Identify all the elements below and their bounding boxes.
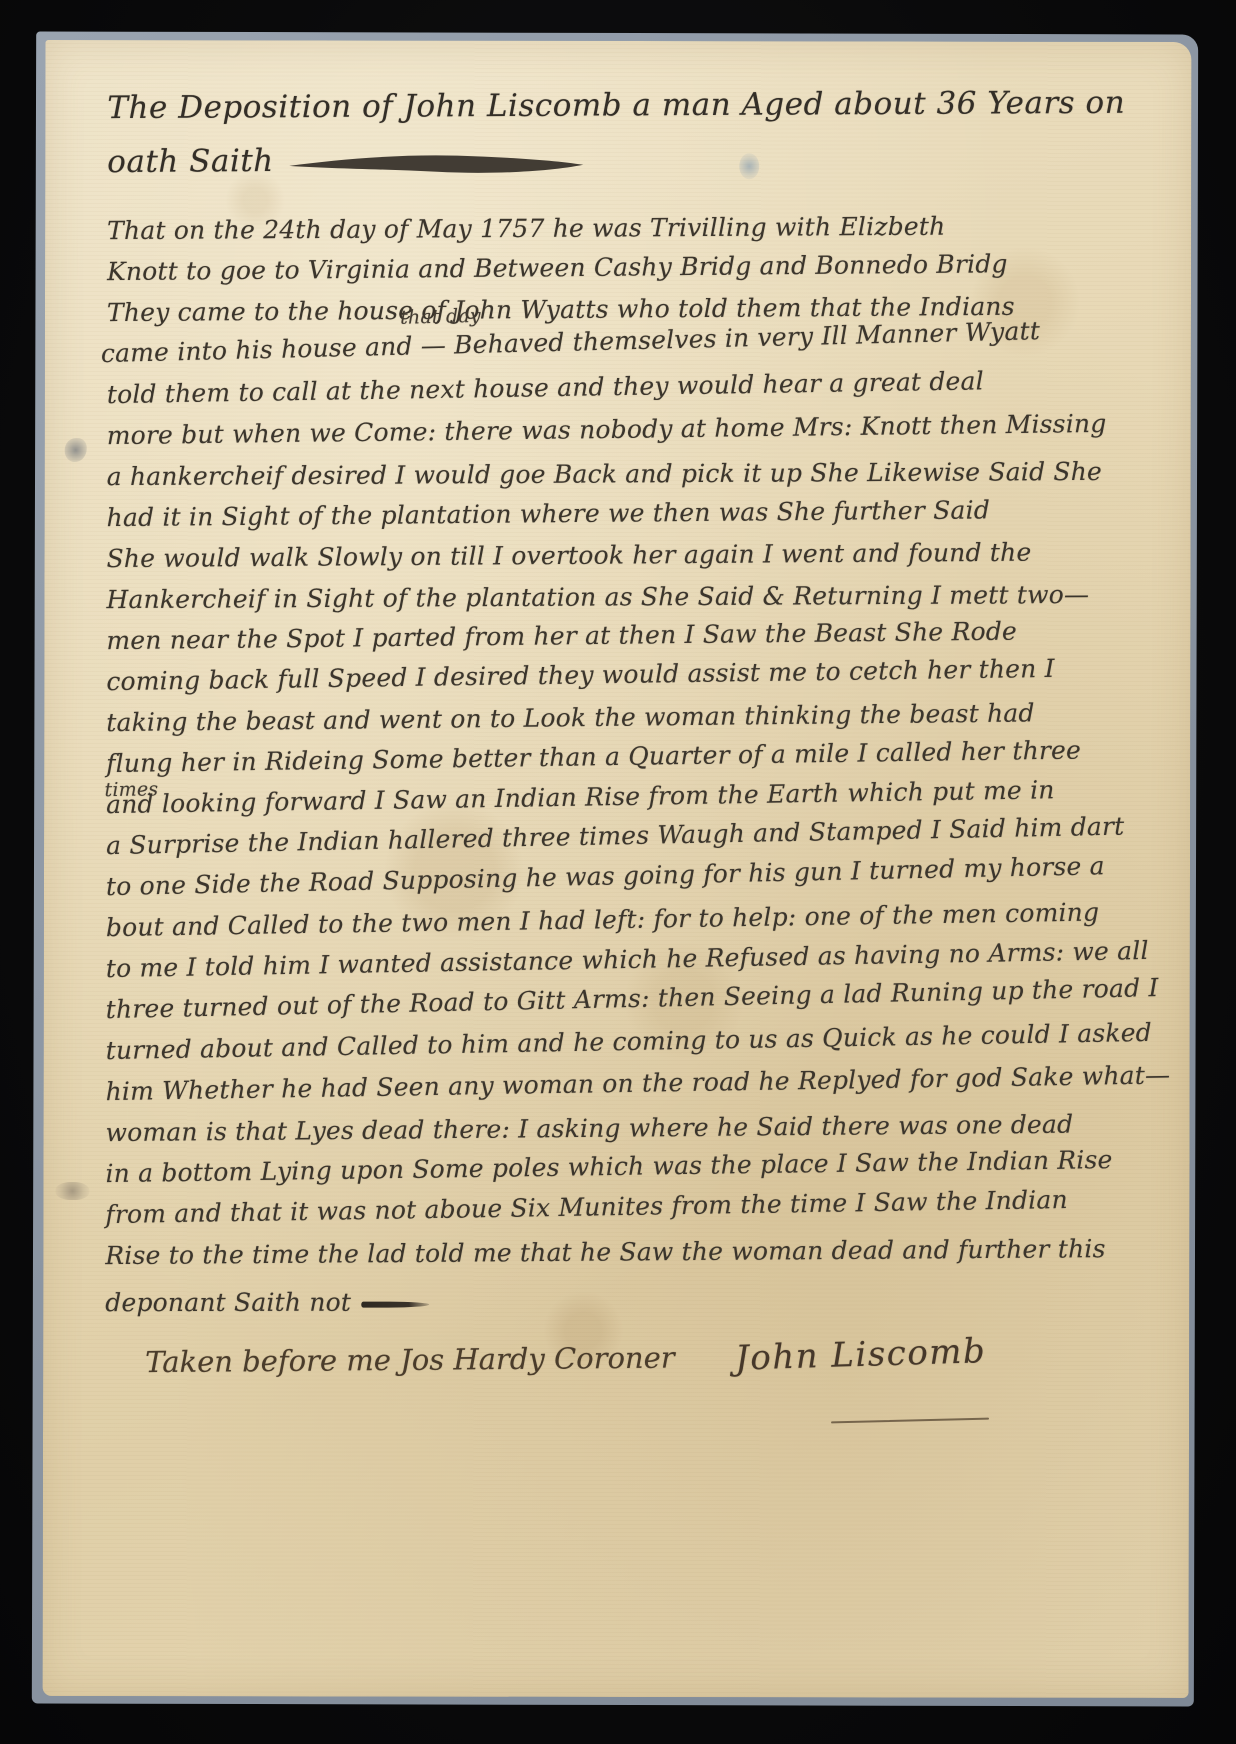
manuscript-line: Knott to goe to Virginia and Between Cas… — [107, 242, 1163, 292]
manuscript-line: had it in Sight of the plantation where … — [106, 488, 1162, 538]
title-oath-saith: oath Saith — [107, 143, 274, 180]
ink-flourish — [288, 150, 588, 178]
deposition-text: The Deposition of John Liscomb a man Age… — [43, 40, 1191, 1383]
deposition-title-line-1: The Deposition of John Liscomb a man Age… — [107, 85, 1163, 127]
manuscript-line: Rise to the time the lad told me that he… — [105, 1228, 1161, 1276]
deposition-body: That on the 24th day of May 1757 he was … — [105, 210, 1163, 1325]
manuscript-line-closing: deponant Saith not — [105, 1280, 1161, 1323]
signature-underline — [831, 1418, 989, 1424]
manuscript-line: She would walk Slowly on till I overtook… — [106, 531, 1162, 579]
deposition-title-line-2: oath Saith — [107, 137, 1163, 180]
deponent-signature: John Liscomb — [734, 1331, 986, 1378]
manuscript-page: The Deposition of John Liscomb a man Age… — [43, 40, 1192, 1698]
interline-insertion-that-day: that day — [400, 307, 481, 327]
scan-background: The Deposition of John Liscomb a man Age… — [0, 0, 1236, 1744]
coroner-attestation: Taken before me Jos Hardy Coroner — [145, 1341, 675, 1380]
attestation-row: Taken before me Jos Hardy Coroner John L… — [145, 1332, 1161, 1381]
ink-dash — [361, 1301, 429, 1307]
